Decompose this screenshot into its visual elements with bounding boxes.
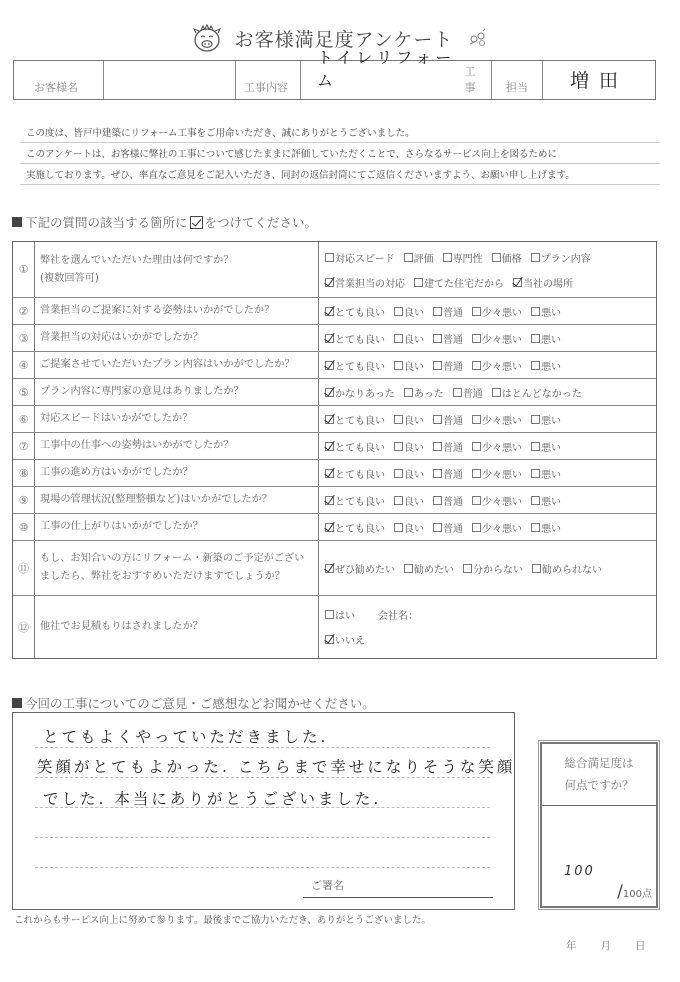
answer-option[interactable]: とても良い [325, 412, 385, 427]
intro-line: このアンケートは、お客様に弊社の工事について感じたままに評価していただくことで、… [20, 143, 660, 164]
question-text-line: 他社でお見積もりはされましたか？ [40, 618, 313, 636]
answer-option[interactable]: 営業担当の対応 [325, 275, 405, 290]
question-row: ③営業担当の対応はいかがでしたか？とても良い良い普通少々悪い悪い [13, 325, 656, 352]
ruled-line [35, 747, 490, 748]
option-label: 良い [404, 331, 424, 346]
question-number: ③ [13, 325, 35, 351]
question-row: ⑫他社でお見積もりはされましたか？はい会社名：いいえ [13, 596, 656, 658]
checkbox-icon[interactable] [394, 523, 403, 532]
checkbox-icon[interactable] [394, 361, 403, 370]
answer-option[interactable]: 少々悪い [472, 358, 522, 373]
option-label: 普通 [463, 385, 483, 400]
question-text: 対応スピードはいかがでしたか？ [35, 406, 319, 432]
question-row: ⑥対応スピードはいかがでしたか？とても良い良い普通少々悪い悪い [13, 406, 656, 433]
answer-option[interactable]: 悪い [531, 520, 561, 535]
option-line: とても良い良い普通少々悪い悪い [325, 466, 650, 481]
checkbox-icon[interactable] [531, 334, 540, 343]
question-number: ① [13, 242, 35, 297]
answer-option[interactable]: 少々悪い [472, 466, 522, 481]
answer-option[interactable]: 良い [394, 358, 424, 373]
option-label: 営業担当の対応 [335, 275, 405, 290]
answer-option[interactable]: 良い [394, 466, 424, 481]
question-number: ⑦ [13, 433, 35, 459]
answer-option[interactable]: 悪い [531, 304, 561, 319]
option-label: 少々悪い [482, 304, 522, 319]
score-max-label: 100点 [623, 889, 652, 900]
checkbox-icon[interactable] [404, 564, 413, 573]
comment-line: とてもよくやっていただきました. [43, 725, 328, 747]
question-row: ⑧工事の進め方はいかがでしたか？とても良い良い普通少々悪い悪い [13, 460, 656, 487]
checkbox-checked-icon[interactable] [325, 496, 334, 505]
option-label: プラン内容 [541, 250, 591, 265]
option-label: あった [414, 385, 444, 400]
question-text-line: ましたら、弊社をおすすめいただけますでしょうか？ [40, 568, 313, 586]
option-label: 良い [404, 412, 424, 427]
question-row: ⑩工事の仕上がりはいかがでしたか？とても良い良い普通少々悪い悪い [13, 514, 656, 541]
answer-option[interactable]: 専門性 [443, 250, 483, 265]
checkbox-icon[interactable] [433, 523, 442, 532]
option-label: 良い [404, 358, 424, 373]
score-question-line1: 総合満足度は [565, 753, 634, 775]
checkbox-icon[interactable] [472, 496, 481, 505]
question-text-line: 工事の進め方はいかがでしたか？ [40, 464, 313, 482]
answer-option[interactable]: 良い [394, 331, 424, 346]
overall-score-box: 総合満足度は 何点ですか？ 100 /100点 [540, 742, 658, 908]
answer-option[interactable]: 普通 [433, 520, 463, 535]
checkbox-icon[interactable] [472, 523, 481, 532]
answer-options: はい会社名：いいえ [319, 596, 656, 658]
checkbox-icon[interactable] [472, 415, 481, 424]
answer-option[interactable]: かなりあった [325, 385, 395, 400]
option-label: 価格 [502, 250, 522, 265]
question-text: 現場の管理状況(整理整頓など)はいかがでしたか？ [35, 487, 319, 513]
answer-option[interactable]: はい [325, 607, 355, 622]
option-label: 少々悪い [482, 493, 522, 508]
ruled-line [35, 837, 490, 838]
signature-field[interactable] [303, 897, 493, 898]
score-value[interactable]: 100 [564, 864, 595, 879]
company-name-label: 会社名： [378, 607, 418, 622]
answer-option[interactable]: 普通 [433, 412, 463, 427]
customer-name-field[interactable] [104, 61, 236, 99]
answer-option[interactable]: 分からない [463, 561, 523, 576]
option-label: 評価 [414, 250, 434, 265]
question-row: ②営業担当のご提案に対する姿勢はいかがでしたか？とても良い良い普通少々悪い悪い [13, 298, 656, 325]
checkbox-icon[interactable] [433, 442, 442, 451]
checkbox-icon[interactable] [394, 307, 403, 316]
question-number: ⑪ [13, 541, 35, 595]
checkbox-icon[interactable] [433, 307, 442, 316]
answer-option[interactable]: 価格 [492, 250, 522, 265]
date-month-label: 月 [601, 938, 612, 953]
option-label: とても良い [335, 412, 385, 427]
checkbox-checked-icon[interactable] [325, 334, 334, 343]
checkbox-checked-icon[interactable] [513, 278, 522, 287]
answer-option[interactable]: 少々悪い [472, 520, 522, 535]
answer-option[interactable]: 悪い [531, 412, 561, 427]
question-text: もし、お知合いの方にリフォーム・新築のご予定がございましたら、弊社をおすすめいた… [35, 541, 319, 595]
checkbox-example-icon [190, 216, 203, 229]
question-text: 工事中の仕事への姿勢はいかがでしたか？ [35, 433, 319, 459]
question-text: 営業担当の対応はいかがでしたか？ [35, 325, 319, 351]
option-label: とても良い [335, 520, 385, 535]
checkbox-icon[interactable] [433, 361, 442, 370]
questions-heading-text-end: をつけてください。 [205, 213, 318, 231]
option-label: 悪い [541, 358, 561, 373]
checkbox-icon[interactable] [531, 496, 540, 505]
question-number: ⑧ [13, 460, 35, 486]
answer-option[interactable]: 少々悪い [472, 493, 522, 508]
checkbox-icon[interactable] [404, 253, 413, 262]
question-text-line: ご提案させていただいたプラン内容はいかがでしたか？ [40, 356, 313, 374]
comments-heading-text: 今回の工事についてのご意見・ご感想などお聞かせください。 [25, 694, 375, 712]
answer-option[interactable]: 少々悪い [472, 412, 522, 427]
option-label: 普通 [443, 520, 463, 535]
option-label: 普通 [443, 358, 463, 373]
ruled-line [35, 777, 490, 778]
checkbox-icon[interactable] [433, 334, 442, 343]
question-row: ⑤プラン内容に専門家の意見はありましたか？かなりあったあった普通はとんどなかった [13, 379, 656, 406]
question-row: ⑨現場の管理状況(整理整頓など)はいかがでしたか？とても良い良い普通少々悪い悪い [13, 487, 656, 514]
answer-option[interactable]: 勧められない [532, 561, 602, 576]
checkbox-icon[interactable] [394, 415, 403, 424]
checkbox-checked-icon[interactable] [325, 635, 334, 644]
option-label: かなりあった [335, 385, 395, 400]
question-text-line: 営業担当のご提案に対する姿勢はいかがでしたか？ [40, 302, 313, 320]
answer-option[interactable]: とても良い [325, 466, 385, 481]
comment-area[interactable]: とてもよくやっていただきました. 笑顔がとてもよかった. こちらまで幸せになりそ… [12, 712, 515, 910]
checkbox-icon[interactable] [433, 469, 442, 478]
question-number: ② [13, 298, 35, 324]
answer-options: とても良い良い普通少々悪い悪い [319, 514, 656, 540]
answer-options: とても良い良い普通少々悪い悪い [319, 325, 656, 351]
question-number: ⑥ [13, 406, 35, 432]
checkbox-icon[interactable] [531, 523, 540, 532]
option-label: 対応スピード [335, 250, 395, 265]
answer-option[interactable]: 建てた住宅だから [414, 275, 504, 290]
question-row: ⑪もし、お知合いの方にリフォーム・新築のご予定がございましたら、弊社をおすすめい… [13, 541, 656, 596]
answer-option[interactable]: 普通 [433, 493, 463, 508]
answer-option[interactable]: 普通 [433, 439, 463, 454]
answer-option[interactable]: とても良い [325, 358, 385, 373]
answer-option[interactable]: 評価 [404, 250, 434, 265]
answer-option[interactable]: 少々悪い [472, 304, 522, 319]
option-line: とても良い良い普通少々悪い悪い [325, 358, 650, 373]
work-content-value: トイレリフォーム [317, 45, 465, 95]
option-label: 良い [404, 520, 424, 535]
pig-face-icon [191, 23, 223, 53]
checkbox-icon[interactable] [394, 334, 403, 343]
questions-table: ①弊社を選んでいただいた理由は何ですか？(複数回答可)対応スピード評価専門性価格… [12, 241, 657, 659]
option-label: 当社の場所 [523, 275, 573, 290]
date-day-label: 日 [635, 938, 646, 953]
answer-option[interactable]: 普通 [433, 358, 463, 373]
question-text: ご提案させていただいたプラン内容はいかがでしたか？ [35, 352, 319, 378]
answer-option[interactable]: 悪い [531, 466, 561, 481]
customer-info-table: お客様名 工事内容 トイレリフォーム 工事 担当 増田 [13, 60, 656, 100]
option-line: かなりあったあった普通はとんどなかった [325, 385, 650, 400]
option-line: とても良い良い普通少々悪い悪い [325, 493, 650, 508]
score-question: 総合満足度は 何点ですか？ [542, 744, 656, 806]
option-label: 悪い [541, 520, 561, 535]
staff-label: 担当 [492, 61, 543, 99]
footer-note: これからもサービス向上に努めて参ります。最後までご協力いただき、ありがとうござい… [14, 912, 431, 926]
checkbox-icon[interactable] [472, 307, 481, 316]
answer-option[interactable]: いいえ [325, 632, 365, 647]
checkbox-icon[interactable] [325, 253, 334, 262]
decorative-flower-icon [467, 28, 489, 48]
checkbox-icon[interactable] [394, 442, 403, 451]
option-line: とても良い良い普通少々悪い悪い [325, 304, 650, 319]
answer-option[interactable]: 良い [394, 439, 424, 454]
answer-option[interactable]: プラン内容 [531, 250, 591, 265]
answer-option[interactable]: 勧めたい [404, 561, 454, 576]
question-text-line: 対応スピードはいかがでしたか？ [40, 410, 313, 428]
question-row: ④ご提案させていただいたプラン内容はいかがでしたか？とても良い良い普通少々悪い悪… [13, 352, 656, 379]
option-label: 分からない [473, 561, 523, 576]
question-number: ⑤ [13, 379, 35, 405]
comment-line: でした. 本当にありがとうございました. [43, 787, 381, 809]
checkbox-checked-icon[interactable] [325, 415, 334, 424]
option-label: 悪い [541, 331, 561, 346]
questions-heading: 下記の質問の該当する箇所に をつけてください。 [12, 213, 317, 231]
checkbox-icon[interactable] [531, 469, 540, 478]
checkbox-checked-icon[interactable] [325, 278, 334, 287]
work-content-field[interactable]: トイレリフォーム 工事 [301, 61, 492, 99]
option-label: 悪い [541, 493, 561, 508]
answer-option[interactable]: あった [404, 385, 444, 400]
work-suffix-label: 工事 [465, 63, 485, 95]
option-line: 対応スピード評価専門性価格プラン内容 [325, 245, 650, 270]
answer-option[interactable]: 悪い [531, 493, 561, 508]
checkbox-icon[interactable] [394, 496, 403, 505]
option-label: 良い [404, 466, 424, 481]
question-text: 工事の進め方はいかがでしたか？ [35, 460, 319, 486]
question-number: ④ [13, 352, 35, 378]
questions-heading-text: 下記の質問の該当する箇所に [25, 213, 188, 231]
answer-option[interactable]: 普通 [453, 385, 483, 400]
question-number: ⑩ [13, 514, 35, 540]
answer-option[interactable]: 良い [394, 520, 424, 535]
checkbox-icon[interactable] [492, 253, 501, 262]
answer-option[interactable]: 普通 [433, 331, 463, 346]
answer-option[interactable]: 当社の場所 [513, 275, 573, 290]
answer-options: とても良い良い普通少々悪い悪い [319, 298, 656, 324]
checkbox-icon[interactable] [532, 564, 541, 573]
score-question-line2: 何点ですか？ [565, 775, 634, 797]
option-line: いいえ [325, 627, 650, 652]
answer-option[interactable]: 普通 [433, 304, 463, 319]
work-content-label: 工事内容 [236, 61, 301, 99]
option-label: はとんどなかった [502, 385, 582, 400]
option-label: 悪い [541, 439, 561, 454]
option-label: ぜひ勧めたい [335, 561, 395, 576]
option-label: 普通 [443, 439, 463, 454]
option-label: 少々悪い [482, 331, 522, 346]
option-label: 専門性 [453, 250, 483, 265]
answer-options: かなりあったあった普通はとんどなかった [319, 379, 656, 405]
option-label: いいえ [335, 632, 365, 647]
option-line: ぜひ勧めたい勧めたい分からない勧められない [325, 561, 650, 576]
option-label: 少々悪い [482, 466, 522, 481]
question-text: 工事の仕上がりはいかがでしたか？ [35, 514, 319, 540]
option-label: 普通 [443, 331, 463, 346]
bullet-square-icon [12, 698, 22, 708]
question-text-line: 現場の管理状況(整理整頓など)はいかがでしたか？ [40, 491, 313, 509]
date-year-label: 年 [566, 938, 577, 953]
customer-name-label: お客様名 [14, 61, 104, 99]
checkbox-checked-icon[interactable] [325, 361, 334, 370]
question-text-line: 工事中の仕事への姿勢はいかがでしたか？ [40, 437, 313, 455]
answer-options: とても良い良い普通少々悪い悪い [319, 460, 656, 486]
comments-heading: 今回の工事についてのご意見・ご感想などお聞かせください。 [12, 694, 375, 712]
checkbox-icon[interactable] [472, 334, 481, 343]
question-text-line: 営業担当の対応はいかがでしたか？ [40, 329, 313, 347]
option-label: はい [335, 607, 355, 622]
checkbox-checked-icon[interactable] [325, 442, 334, 451]
question-number: ⑫ [13, 596, 35, 658]
option-label: 少々悪い [482, 358, 522, 373]
question-number: ⑨ [13, 487, 35, 513]
question-row: ①弊社を選んでいただいた理由は何ですか？(複数回答可)対応スピード評価専門性価格… [13, 242, 656, 298]
checkbox-checked-icon[interactable] [325, 564, 334, 573]
checkbox-icon[interactable] [472, 361, 481, 370]
answer-option[interactable]: 少々悪い [472, 439, 522, 454]
checkbox-icon[interactable] [443, 253, 452, 262]
checkbox-icon[interactable] [531, 442, 540, 451]
checkbox-icon[interactable] [472, 442, 481, 451]
checkbox-icon[interactable] [531, 415, 540, 424]
question-text-line: もし、お知合いの方にリフォーム・新築のご予定がござい [40, 550, 313, 568]
option-label: 少々悪い [482, 412, 522, 427]
checkbox-checked-icon[interactable] [325, 388, 334, 397]
option-label: 良い [404, 493, 424, 508]
question-text-line: 工事の仕上がりはいかがでしたか？ [40, 518, 313, 536]
checkbox-checked-icon[interactable] [325, 469, 334, 478]
answer-options: とても良い良い普通少々悪い悪い [319, 433, 656, 459]
answer-option[interactable]: とても良い [325, 439, 385, 454]
option-label: 普通 [443, 493, 463, 508]
question-text-line: 弊社を選んでいただいた理由は何ですか？ [40, 252, 313, 270]
option-label: とても良い [335, 466, 385, 481]
option-label: 建てた住宅だから [424, 275, 504, 290]
question-text: 弊社を選んでいただいた理由は何ですか？(複数回答可) [35, 242, 319, 297]
option-label: 少々悪い [482, 520, 522, 535]
staff-field[interactable]: 増田 [543, 61, 655, 99]
answer-option[interactable]: 対応スピード [325, 250, 395, 265]
checkbox-icon[interactable] [463, 564, 472, 573]
option-line: とても良い良い普通少々悪い悪い [325, 439, 650, 454]
signature-label: ご署名 [311, 877, 344, 893]
answer-option[interactable]: 少々悪い [472, 331, 522, 346]
question-text: 他社でお見積もりはされましたか？ [35, 596, 319, 658]
checkbox-checked-icon[interactable] [325, 307, 334, 316]
checkbox-icon[interactable] [531, 361, 540, 370]
answer-options: ぜひ勧めたい勧めたい分からない勧められない [319, 541, 656, 595]
question-text: 営業担当のご提案に対する姿勢はいかがでしたか？ [35, 298, 319, 324]
question-row: ⑦工事中の仕事への姿勢はいかがでしたか？とても良い良い普通少々悪い悪い [13, 433, 656, 460]
checkbox-checked-icon[interactable] [325, 523, 334, 532]
answer-options: 対応スピード評価専門性価格プラン内容営業担当の対応建てた住宅だから当社の場所 [319, 242, 656, 297]
checkbox-icon[interactable] [531, 307, 540, 316]
answer-options: とても良い良い普通少々悪い悪い [319, 352, 656, 378]
option-label: 普通 [443, 304, 463, 319]
answer-option[interactable]: 普通 [433, 466, 463, 481]
option-label: とても良い [335, 331, 385, 346]
answer-option[interactable]: ぜひ勧めたい [325, 561, 395, 576]
option-label: 良い [404, 304, 424, 319]
option-label: 少々悪い [482, 439, 522, 454]
staff-value: 増田 [570, 66, 628, 95]
option-label: 勧められない [542, 561, 602, 576]
checkbox-icon[interactable] [433, 415, 442, 424]
answer-option[interactable]: とても良い [325, 520, 385, 535]
option-line: 営業担当の対応建てた住宅だから当社の場所 [325, 270, 650, 295]
option-label: 悪い [541, 466, 561, 481]
answer-option[interactable]: 悪い [531, 331, 561, 346]
option-line: とても良い良い普通少々悪い悪い [325, 331, 650, 346]
answer-option[interactable]: 良い [394, 493, 424, 508]
answer-option[interactable]: 悪い [531, 358, 561, 373]
question-text-line: プラン内容に専門家の意見はありましたか？ [40, 383, 313, 401]
comment-line: 笑顔がとてもよかった. こちらまで幸せになりそうな笑顔 [37, 755, 515, 777]
checkbox-icon[interactable] [394, 469, 403, 478]
question-text-line: (複数回答可) [40, 270, 313, 288]
answer-options: とても良い良い普通少々悪い悪い [319, 406, 656, 432]
option-label: とても良い [335, 493, 385, 508]
answer-option[interactable]: とても良い [325, 331, 385, 346]
option-label: 良い [404, 439, 424, 454]
checkbox-icon[interactable] [492, 388, 501, 397]
answer-option[interactable]: 悪い [531, 439, 561, 454]
answer-option[interactable]: 良い [394, 304, 424, 319]
answer-option[interactable]: 良い [394, 412, 424, 427]
answer-options: とても良い良い普通少々悪い悪い [319, 487, 656, 513]
checkbox-icon[interactable] [453, 388, 462, 397]
option-label: 悪い [541, 304, 561, 319]
question-text: プラン内容に専門家の意見はありましたか？ [35, 379, 319, 405]
intro-line: 実施しております。ぜひ、率直なご意見をご記入いただき、同封の返信封筒にてご返信く… [20, 164, 660, 185]
answer-option[interactable]: とても良い [325, 304, 385, 319]
answer-option[interactable]: はとんどなかった [492, 385, 582, 400]
intro-line: この度は、皆戸中建築にリフォーム工事をご用命いただき、誠にありがとうございました… [20, 122, 660, 143]
option-label: 普通 [443, 466, 463, 481]
checkbox-icon[interactable] [531, 253, 540, 262]
bullet-square-icon [12, 217, 22, 227]
option-line: とても良い良い普通少々悪い悪い [325, 520, 650, 535]
option-label: 普通 [443, 412, 463, 427]
option-label: 悪い [541, 412, 561, 427]
option-label: とても良い [335, 439, 385, 454]
option-line: とても良い良い普通少々悪い悪い [325, 412, 650, 427]
score-max: /100点 [617, 882, 652, 902]
ruled-line [35, 867, 490, 868]
option-line: はい会社名： [325, 602, 650, 627]
checkbox-icon[interactable] [404, 388, 413, 397]
option-label: とても良い [335, 304, 385, 319]
checkbox-icon[interactable] [325, 610, 334, 619]
checkbox-icon[interactable] [472, 469, 481, 478]
checkbox-icon[interactable] [433, 496, 442, 505]
option-label: とても良い [335, 358, 385, 373]
intro-text: この度は、皆戸中建築にリフォーム工事をご用命いただき、誠にありがとうございました… [20, 122, 660, 185]
checkbox-icon[interactable] [414, 278, 423, 287]
option-label: 勧めたい [414, 561, 454, 576]
answer-option[interactable]: とても良い [325, 493, 385, 508]
date-field[interactable]: 年 月 日 [566, 938, 646, 953]
